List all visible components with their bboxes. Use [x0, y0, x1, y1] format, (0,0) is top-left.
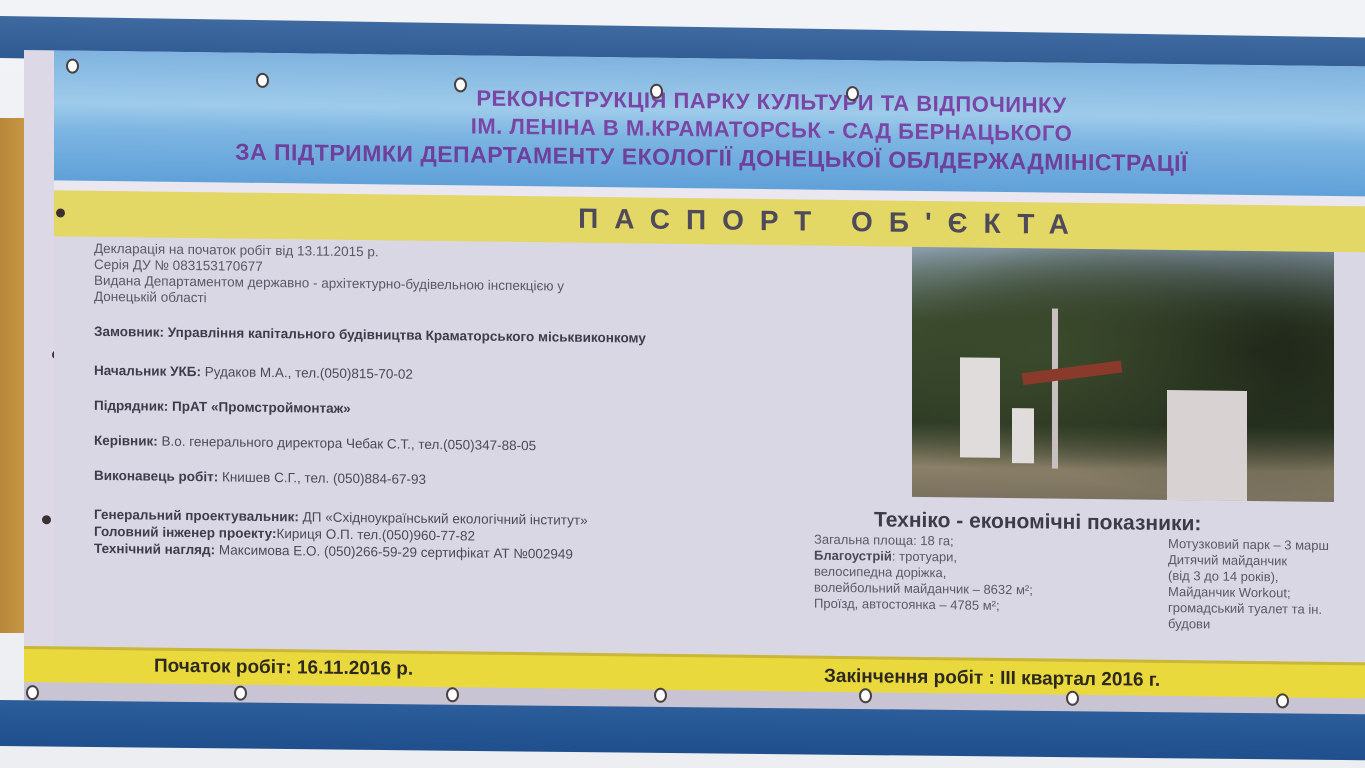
executor-row: Виконавець робіт: Книшев С.Г., тел. (050… — [94, 467, 794, 493]
passport-title: ПАСПОРТ ОБ'ЄКТА — [54, 196, 1365, 244]
customer-row: Замовник: Управління капітального будівн… — [94, 323, 794, 349]
contractor-label: Підрядник: — [94, 398, 168, 414]
director-row: Керівник: В.о. генерального директора Че… — [94, 432, 794, 458]
contractor-value: ПрАТ «Промстроймонтаж» — [172, 399, 351, 416]
grommet-ring-icon — [846, 86, 859, 101]
grommet-ring-icon — [654, 688, 667, 703]
director-label: Керівник: — [94, 433, 158, 449]
ukb-head-row: Начальник УКБ: Рудаков М.А., тел.(050)81… — [94, 362, 794, 388]
tep-improvement-label: Благоустрій — [814, 548, 892, 564]
contractor-row: Підрядник: ПрАТ «Промстроймонтаж» — [94, 397, 794, 423]
grommet-ring-icon — [26, 685, 39, 700]
grommet-ring-icon — [234, 686, 247, 701]
banner-header: РЕКОНСТРУКЦІЯ ПАРКУ КУЛЬТУРИ ТА ВІДПОЧИН… — [54, 50, 1365, 198]
ukb-head-value: Рудаков М.А., тел.(050)815-70-02 — [205, 364, 413, 382]
tech-supervision-label: Технічний нагляд: — [94, 541, 215, 557]
customer-value: Управління капітального будівництва Крам… — [168, 325, 646, 346]
tep-right-column: Мотузковий парк – 3 марш Дитячий майданч… — [1168, 536, 1365, 635]
park-entrance-photo — [912, 247, 1334, 502]
grommet-icon — [42, 515, 51, 524]
photo-column — [960, 357, 1000, 457]
photo-arch — [1022, 360, 1123, 385]
work-end-date: Закінчення робіт : III квартал 2016 г. — [824, 666, 1160, 692]
grommet-ring-icon — [454, 77, 467, 92]
executor-label: Виконавець робіт: — [94, 468, 218, 485]
grommet-icon — [56, 208, 65, 217]
project-info: Декларація на початок робіт від 13.11.20… — [94, 241, 794, 566]
customer-label: Замовник: — [94, 324, 164, 340]
chief-engineer-value: Кириця О.П. тел.(050)960-77-82 — [277, 526, 476, 543]
grommet-ring-icon — [256, 73, 269, 88]
grommet-ring-icon — [650, 84, 663, 99]
tech-supervision-value: Максимова Е.О. (050)266-59-29 сертифікат… — [219, 542, 573, 561]
tep-buildings: будови — [1168, 616, 1365, 635]
tep-parking: Проїзд, автостоянка – 4785 м²; — [814, 596, 1144, 616]
grommet-ring-icon — [446, 687, 459, 702]
tep-left-column: Загальна площа: 18 га; Благоустрій: трот… — [814, 532, 1144, 616]
photo-pole — [1052, 309, 1058, 469]
photo-column — [1012, 408, 1034, 463]
executor-value: Книшев С.Г., тел. (050)884-67-93 — [222, 469, 426, 486]
grommet-ring-icon — [1276, 693, 1289, 708]
chief-engineer-label: Головний інженер проекту: — [94, 524, 277, 541]
grommet-ring-icon — [66, 59, 79, 74]
construction-banner: РЕКОНСТРУКЦІЯ ПАРКУ КУЛЬТУРИ ТА ВІДПОЧИН… — [24, 50, 1365, 721]
designer-label: Генеральний проектувальник: — [94, 507, 299, 525]
director-value: В.о. генерального директора Чебак С.Т., … — [162, 434, 537, 454]
object-passport-body: Декларація на початок робіт від 13.11.20… — [54, 236, 1365, 662]
work-start-date: Початок робіт: 16.11.2016 р. — [154, 656, 413, 681]
tep-improvement-value: : тротуари, — [892, 549, 957, 565]
grommet-ring-icon — [1066, 691, 1079, 706]
declaration-block: Декларація на початок робіт від 13.11.20… — [94, 241, 794, 314]
photo-gate-pillar — [1167, 390, 1247, 501]
grommet-ring-icon — [859, 688, 872, 703]
ukb-head-label: Начальник УКБ: — [94, 363, 201, 379]
